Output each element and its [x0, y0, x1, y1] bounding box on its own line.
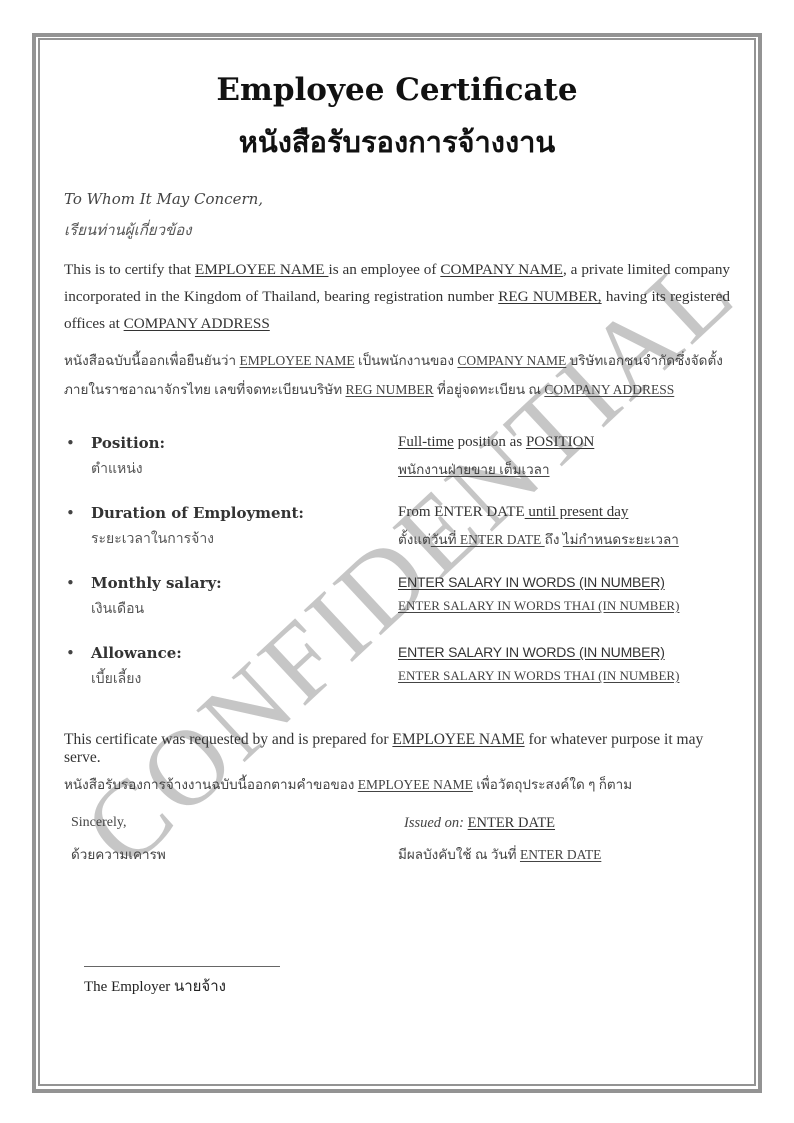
- detail-label: Monthly salary:: [91, 574, 222, 592]
- detail-value: Full-time position as POSITION: [398, 434, 594, 451]
- employee-name-field-closing[interactable]: EMPLOYEE NAME: [392, 731, 524, 748]
- issued-on-thai: มีผลบังคับใช้ ณ วันที่ ENTER DATE: [398, 843, 601, 865]
- greeting: To Whom It May Concern,: [64, 190, 263, 208]
- closing-paragraph-thai: หนังสือรับรองการจ้างงานฉบับนี้ออกตามคำขอ…: [64, 773, 632, 795]
- company-name-field[interactable]: COMPANY NAME: [440, 261, 563, 278]
- intro-paragraph-thai: หนังสือฉบับนี้ออกเพื่อยืนยันว่า EMPLOYEE…: [64, 346, 730, 404]
- reg-number-field-thai[interactable]: REG NUMBER: [345, 382, 433, 397]
- detail-value: From ENTER DATE until present day: [398, 504, 628, 521]
- detail-label-thai: ตำแหน่ง: [91, 458, 143, 480]
- bullet-icon: •: [66, 644, 75, 662]
- employee-name-field-thai[interactable]: EMPLOYEE NAME: [239, 353, 354, 368]
- intro-thai-text: ที่อยู่จดทะเบียน ณ: [434, 382, 545, 397]
- detail-value-text: position as: [454, 434, 526, 450]
- intro-paragraph: This is to certify that EMPLOYEE NAME is…: [64, 256, 730, 337]
- start-date-field[interactable]: From ENTER DATE: [398, 504, 525, 520]
- issued-on: Issued on: ENTER DATE: [404, 815, 555, 832]
- detail-label-thai: เบี้ยเลี้ยง: [91, 668, 141, 690]
- allowance-field-thai[interactable]: ENTER SALARY IN WORDS THAI (IN NUMBER): [398, 668, 679, 684]
- intro-text: This is to certify that: [64, 261, 195, 278]
- detail-value-thai: ตั้งแต่วันที่ ENTER DATE ถึง ไม่กำหนดระย…: [398, 528, 679, 550]
- salary-field-thai[interactable]: ENTER SALARY IN WORDS THAI (IN NUMBER): [398, 598, 679, 614]
- issued-on-label: Issued on:: [404, 815, 464, 831]
- intro-thai-text: หนังสือฉบับนี้ออกเพื่อยืนยันว่า: [64, 353, 239, 368]
- detail-item-monthly-salary: • Monthly salary: เงินเดือน ENTER SALARY…: [64, 574, 730, 622]
- company-name-field-thai[interactable]: COMPANY NAME: [457, 353, 566, 368]
- end-date-field[interactable]: until present day: [525, 504, 629, 520]
- employee-name-field[interactable]: EMPLOYEE NAME: [195, 261, 329, 278]
- start-date-field-thai[interactable]: วันที่ ENTER DATE: [431, 532, 545, 547]
- detail-item-duration: • Duration of Employment: ระยะเวลาในการจ…: [64, 504, 730, 552]
- document-title: Employee Certificate: [64, 72, 730, 108]
- sincerely-text-thai: ด้วยความเคารพ: [71, 843, 166, 865]
- intro-thai-text: เป็นพนักงานของ: [355, 353, 458, 368]
- salary-field[interactable]: ENTER SALARY IN WORDS (IN NUMBER): [398, 574, 665, 590]
- bullet-icon: •: [66, 504, 75, 522]
- company-address-field-thai[interactable]: COMPANY ADDRESS: [544, 382, 674, 397]
- closing-paragraph: This certificate was requested by and is…: [64, 731, 730, 767]
- detail-value-thai-text: ตั้งแต่: [398, 532, 431, 547]
- detail-label: Position:: [91, 434, 165, 452]
- detail-label: Duration of Employment:: [91, 504, 304, 522]
- reg-number-field[interactable]: REG NUMBER,: [498, 288, 601, 305]
- detail-label-thai: ระยะเวลาในการจ้าง: [91, 528, 214, 550]
- detail-label: Allowance:: [91, 644, 182, 662]
- issued-date-field[interactable]: ENTER DATE: [468, 815, 555, 831]
- employee-name-field-closing-thai[interactable]: EMPLOYEE NAME: [358, 777, 473, 792]
- signature-line[interactable]: [84, 966, 280, 967]
- bullet-icon: •: [66, 434, 75, 452]
- closing-thai-text: เพื่อวัตถุประสงค์ใด ๆ ก็ตาม: [473, 777, 632, 792]
- issued-on-label-thai: มีผลบังคับใช้ ณ วันที่: [398, 847, 520, 862]
- detail-value-thai-text: ถึง: [545, 532, 563, 547]
- sincerely-text: Sincerely,: [71, 815, 126, 831]
- closing-text: This certificate was requested by and is…: [64, 731, 392, 748]
- bullet-icon: •: [66, 574, 75, 592]
- closing-thai-text: หนังสือรับรองการจ้างงานฉบับนี้ออกตามคำขอ…: [64, 777, 358, 792]
- position-field[interactable]: POSITION: [526, 434, 594, 450]
- employment-type-field[interactable]: Full-time: [398, 434, 454, 450]
- detail-item-position: • Position: ตำแหน่ง Full-time position a…: [64, 434, 730, 482]
- detail-item-allowance: • Allowance: เบี้ยเลี้ยง ENTER SALARY IN…: [64, 644, 730, 692]
- end-date-field-thai[interactable]: ไม่กำหนดระยะเวลา: [563, 532, 679, 547]
- document-title-thai: หนังสือรับรองการจ้างงาน: [64, 119, 730, 165]
- company-address-field[interactable]: COMPANY ADDRESS: [124, 315, 270, 332]
- position-field-thai[interactable]: พนักงานฝ่ายขาย เต็มเวลา: [398, 462, 550, 477]
- greeting-thai: เรียนท่านผู้เกี่ยวข้อง: [64, 218, 192, 242]
- allowance-field[interactable]: ENTER SALARY IN WORDS (IN NUMBER): [398, 644, 665, 660]
- issued-date-field-thai[interactable]: ENTER DATE: [520, 847, 601, 862]
- intro-text: is an employee of: [328, 261, 440, 278]
- detail-value-thai: พนักงานฝ่ายขาย เต็มเวลา: [398, 458, 550, 480]
- employer-signature-label: The Employer นายจ้าง: [84, 974, 226, 998]
- detail-label-thai: เงินเดือน: [91, 598, 144, 620]
